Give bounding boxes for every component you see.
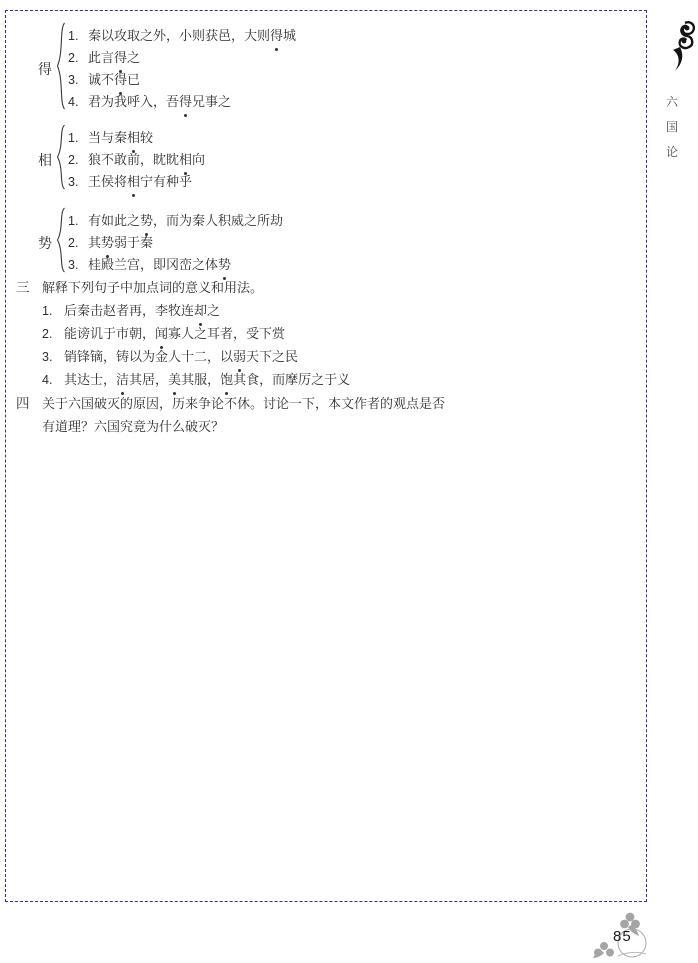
- item-number: 3.: [68, 69, 88, 91]
- group-keyword: 势: [36, 233, 54, 253]
- outline-item: 1.当与秦相较: [68, 127, 205, 149]
- exercise-item: 3.销锋镝，铸以为金人十二，以弱天下之民: [42, 345, 350, 368]
- item-number: 2.: [68, 149, 88, 171]
- exercise-section-四: 四关于六国破灭的原因，历来争论不休。讨论一下，本文作者的观点是否有道理？六国究竟…: [16, 392, 445, 438]
- outline-group-势: 势1.有如此之势，而为秦人积威之所劫2.其势弱于秦3.桂殿兰宫，即冈峦之体势: [36, 207, 283, 278]
- exercise-section-三: 三解释下列句子中加点词的意义和用法。1.后秦击赵者再，李牧连却之2.能谤讥于市朝…: [16, 276, 350, 391]
- item-number: 1.: [68, 25, 88, 47]
- group-keyword: 相: [36, 150, 54, 170]
- item-number: 2.: [68, 47, 88, 69]
- item-number: 1.: [68, 210, 88, 232]
- section-body: 解释下列句子中加点词的意义和用法。1.后秦击赵者再，李牧连却之2.能谤讥于市朝，…: [42, 276, 350, 391]
- outline-item: 3.诚不得已: [68, 69, 296, 91]
- outline-group-得: 得1.秦以攻取之外，小则获邑，大则得城2.此言得之3.诚不得已4.君为我呼入，吾…: [36, 22, 296, 115]
- dotted-word: 相: [179, 149, 192, 171]
- chapter-title-vertical: 六 国 论: [665, 93, 679, 160]
- group-item-list: 1.有如此之势，而为秦人积威之所劫2.其势弱于秦3.桂殿兰宫，即冈峦之体势: [68, 210, 283, 276]
- dotted-word: 弱: [233, 345, 246, 368]
- dotted-word: 相: [127, 171, 140, 193]
- group-item-list: 1.当与秦相较2.狼不敢前，眈眈相向3.王侯将相宁有种乎: [68, 127, 205, 193]
- chapter-title-char: 论: [665, 143, 679, 160]
- group-brace: [55, 207, 66, 273]
- dotted-word: 势: [101, 232, 114, 254]
- section-number: 四: [16, 392, 42, 415]
- item-number: 3.: [68, 171, 88, 193]
- item-number: 3.: [42, 346, 64, 369]
- brace-decoration: [55, 22, 66, 115]
- section-heading: 有道理？六国究竟为什么破灭？: [42, 415, 445, 438]
- content-border-box: 得1.秦以攻取之外，小则获邑，大则得城2.此言得之3.诚不得已4.君为我呼入，吾…: [5, 10, 647, 902]
- item-number: 2.: [68, 232, 88, 254]
- page-number: 85: [613, 928, 632, 945]
- outline-item: 1.秦以攻取之外，小则获邑，大则得城: [68, 25, 296, 47]
- dotted-word: 饱: [220, 368, 233, 391]
- section-heading: 解释下列句子中加点词的意义和用法。: [42, 276, 350, 299]
- item-number: 3.: [68, 254, 88, 276]
- floral-ornament-icon: [664, 20, 698, 84]
- dotted-word: 洁: [116, 368, 129, 391]
- outline-item: 1.有如此之势，而为秦人积威之所劫: [68, 210, 283, 232]
- exercise-item: 1.后秦击赵者再，李牧连却之: [42, 299, 350, 322]
- chapter-title-char: 国: [665, 118, 679, 135]
- dotted-word: 相: [127, 127, 140, 149]
- dotted-word: 得: [114, 69, 127, 91]
- section-body: 关于六国破灭的原因，历来争论不休。讨论一下，本文作者的观点是否有道理？六国究竟为…: [42, 392, 445, 438]
- section-heading: 关于六国破灭的原因，历来争论不休。讨论一下，本文作者的观点是否: [42, 392, 445, 415]
- outline-item: 2.其势弱于秦: [68, 232, 283, 254]
- item-number: 1.: [42, 300, 64, 323]
- brace-decoration: [55, 207, 66, 278]
- dotted-word: 势: [218, 254, 231, 276]
- outline-item: 2.狼不敢前，眈眈相向: [68, 149, 205, 171]
- item-number: 1.: [68, 127, 88, 149]
- dotted-word: 得: [114, 47, 127, 69]
- item-number: 2.: [42, 323, 64, 346]
- dotted-word: 得: [270, 25, 283, 47]
- item-number: 4.: [68, 91, 88, 113]
- textbook-page: 得1.秦以攻取之外，小则获邑，大则得城2.此言得之3.诚不得已4.君为我呼入，吾…: [0, 0, 698, 963]
- group-keyword: 得: [36, 59, 54, 79]
- dotted-word: 美: [168, 368, 181, 391]
- dotted-word: 却: [194, 299, 207, 322]
- item-number: 4.: [42, 369, 64, 392]
- outline-item: 3.桂殿兰宫，即冈峦之体势: [68, 254, 283, 276]
- outline-item: 4.君为我呼入，吾得兄事之: [68, 91, 296, 113]
- dotted-word: 势: [140, 210, 153, 232]
- exercise-item: 4.其达士，洁其居，美其服，饱其食，而摩厉之于义: [42, 368, 350, 391]
- group-brace: [55, 124, 66, 190]
- outline-group-相: 相1.当与秦相较2.狼不敢前，眈眈相向3.王侯将相宁有种乎: [36, 124, 205, 195]
- group-item-list: 1.秦以攻取之外，小则获邑，大则得城2.此言得之3.诚不得已4.君为我呼入，吾得…: [68, 25, 296, 113]
- outline-item: 2.此言得之: [68, 47, 296, 69]
- dotted-word: 得: [179, 91, 192, 113]
- dotted-word: 闻: [155, 322, 168, 345]
- group-brace: [55, 22, 66, 110]
- brace-decoration: [55, 124, 66, 195]
- exercise-item: 2.能谤讥于市朝，闻寡人之耳者，受下赏: [42, 322, 350, 345]
- chapter-title-char: 六: [665, 93, 679, 110]
- section-number: 三: [16, 276, 42, 299]
